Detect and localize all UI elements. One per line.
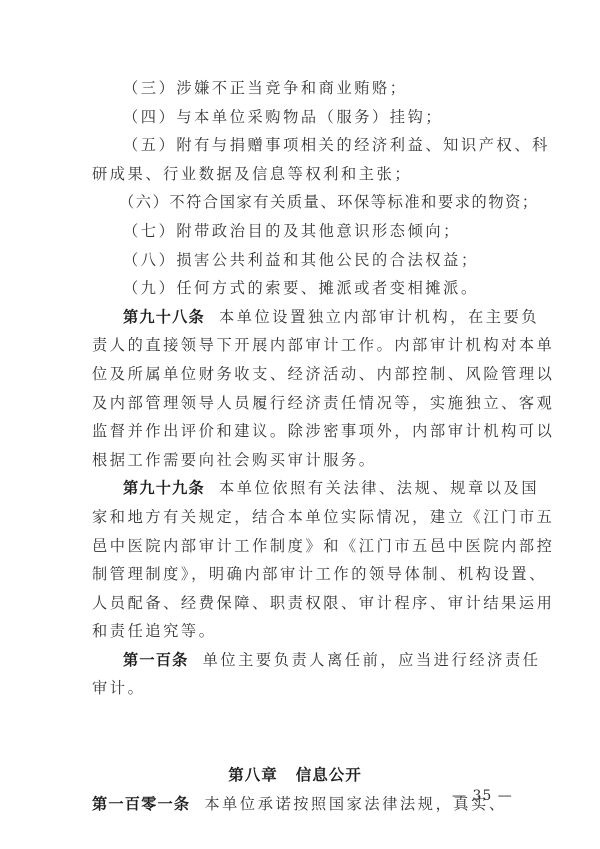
- chapter-number: 第八章: [228, 766, 278, 784]
- article-99-line: 邑中医院内部审计工作制度》和《江门市五邑中医院内部控: [92, 532, 506, 561]
- article-100-text: 单位主要负责人离任前，应当进行经济责任: [203, 651, 541, 669]
- article-98-line: 根据工作需要向社会购买审计服务。: [92, 446, 506, 475]
- article-99-text: 本单位依照有关法律、法规、规章以及国: [219, 479, 539, 497]
- document-body: （三）涉嫌不正当竞争和商业贿赂； （四）与本单位采购物品（服务）挂钩； （五）附…: [92, 74, 506, 819]
- list-item-7: （七）附带政治目的及其他意识形态倾向；: [92, 217, 506, 246]
- chapter-title: 信息公开: [296, 766, 362, 784]
- list-item-3: （三）涉嫌不正当竞争和商业贿赂；: [92, 74, 506, 103]
- article-99-line: 制管理制度》，明确内部审计工作的领导体制、机构设置、: [92, 560, 506, 589]
- article-98-line: 及内部管理领导人员履行经济责任情况等，实施独立、客观: [92, 389, 506, 418]
- article-99-line: 和责任追究等。: [92, 617, 506, 646]
- list-item-9: （九）任何方式的索要、摊派或者变相摊派。: [92, 274, 506, 303]
- section-spacer: [92, 703, 506, 760]
- list-item-5: （五）附有与捐赠事项相关的经济利益、知识产权、科: [92, 131, 506, 160]
- list-item-8: （八）损害公共利益和其他公民的合法权益；: [92, 246, 506, 275]
- article-101-label: 第一百零一条: [92, 795, 190, 813]
- article-98-text: 本单位设置独立内部审计机构，在主要负: [219, 308, 539, 326]
- article-99-line: 家和地方有关规定，结合本单位实际情况，建立《江门市五: [92, 503, 506, 532]
- list-item-5-continuation: 研成果、行业数据及信息等权利和主张；: [92, 160, 506, 189]
- article-100-label: 第一百条: [123, 651, 189, 669]
- article-101-first-line: 第一百零一条本单位承诺按照国家法律法规，真实、: [92, 790, 506, 819]
- article-98-line: 责人的直接领导下开展内部审计工作。内部审计机构对本单: [92, 331, 506, 360]
- list-item-4: （四）与本单位采购物品（服务）挂钩；: [92, 103, 506, 132]
- article-98-line: 位及所属单位财务收支、经济活动、内部控制、风险管理以: [92, 360, 506, 389]
- article-100-first-line: 第一百条单位主要负责人离任前，应当进行经济责任: [92, 646, 506, 675]
- article-99-label: 第九十九条: [123, 479, 205, 497]
- page-number: — 35 —: [452, 788, 513, 804]
- article-98-first-line: 第九十八条本单位设置独立内部审计机构，在主要负: [92, 303, 506, 332]
- article-98-label: 第九十八条: [123, 308, 205, 326]
- article-98-line: 监督并作出评价和建议。除涉密事项外，内部审计机构可以: [92, 417, 506, 446]
- chapter-heading: 第八章信息公开: [92, 760, 506, 790]
- list-item-6: （六）不符合国家有关质量、环保等标准和要求的物资；: [92, 188, 506, 217]
- article-99-first-line: 第九十九条本单位依照有关法律、法规、规章以及国: [92, 474, 506, 503]
- article-99-line: 人员配备、经费保障、职责权限、审计程序、审计结果运用: [92, 589, 506, 618]
- article-100-line: 审计。: [92, 674, 506, 703]
- document-page: （三）涉嫌不正当竞争和商业贿赂； （四）与本单位采购物品（服务）挂钩； （五）附…: [0, 0, 600, 849]
